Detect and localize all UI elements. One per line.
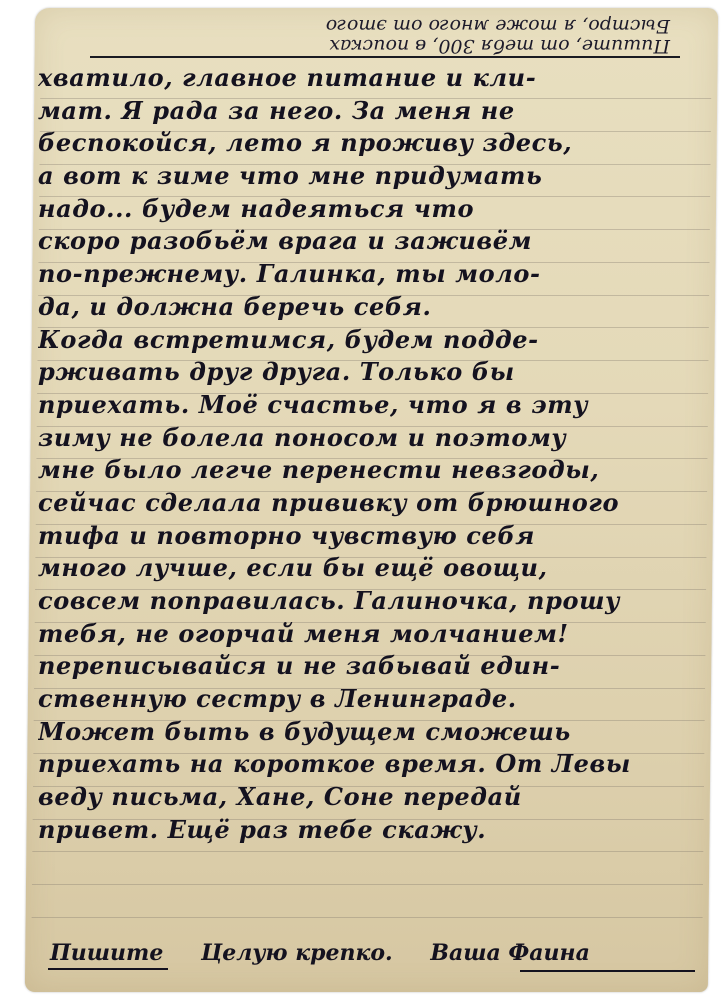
header-line: Быстро, я тоже много от этого	[110, 16, 670, 36]
letter-line: тебя, не огорчай меня молчанием!	[38, 618, 698, 651]
letter-line: мат. Я рада за него. За меня не	[38, 95, 698, 128]
letter-line: Когда встретимся, будем подде-	[38, 324, 698, 357]
closing-left: Пишите	[50, 940, 163, 966]
letter-line: веду письма, Хане, Соне передай	[38, 781, 698, 814]
signature: Ваша Фаина	[430, 940, 589, 966]
closing-line: Пишите Целую крепко. Ваша Фаина	[50, 940, 700, 980]
letter-line: а вот к зиме что мне придумать	[38, 160, 698, 193]
signature-underline	[520, 970, 695, 972]
letter-line: привет. Ещё раз тебе скажу.	[38, 814, 698, 847]
letter-line: мне было легче перенести невзгоды,	[38, 454, 698, 487]
letter-line: сейчас сделала прививку от брюшного	[38, 487, 698, 520]
header-line: Пишите, от тебя 300, в поисках	[110, 36, 670, 56]
letter-line: приехать на короткое время. От Левы	[38, 748, 698, 781]
letter-line: рживать друг друга. Только бы	[38, 356, 698, 389]
letter-body: хватило, главное питание и кли- мат. Я р…	[38, 62, 698, 847]
header-underline	[90, 56, 680, 58]
letter-line: приехать. Моё счастье, что я в эту	[38, 389, 698, 422]
letter-line: зиму не болела поносом и поэтому	[38, 422, 698, 455]
closing-middle: Целую крепко.	[201, 940, 393, 966]
letter-line: Может быть в будущем сможешь	[38, 716, 698, 749]
letter-line: ственную сестру в Ленинграде.	[38, 683, 698, 716]
letter-line: по-прежнему. Галинка, ты моло-	[38, 258, 698, 291]
letter-line: надо... будем надеяться что	[38, 193, 698, 226]
closing-underline	[48, 968, 168, 970]
letter-line: скоро разобьём врага и заживём	[38, 225, 698, 258]
letter-line: да, и должна беречь себя.	[38, 291, 698, 324]
letter-line: беспокойся, лето я проживу здесь,	[38, 127, 698, 160]
letter-line: переписывайся и не забывай един-	[38, 650, 698, 683]
letter-line: много лучше, если бы ещё овощи,	[38, 552, 698, 585]
letter-line: хватило, главное питание и кли-	[38, 62, 698, 95]
letter-line: совсем поправилась. Галиночка, прошу	[38, 585, 698, 618]
letter-line: тифа и повторно чувствую себя	[38, 520, 698, 553]
upside-down-header-note: Пишите, от тебя 300, в поисках Быстро, я…	[110, 14, 670, 56]
